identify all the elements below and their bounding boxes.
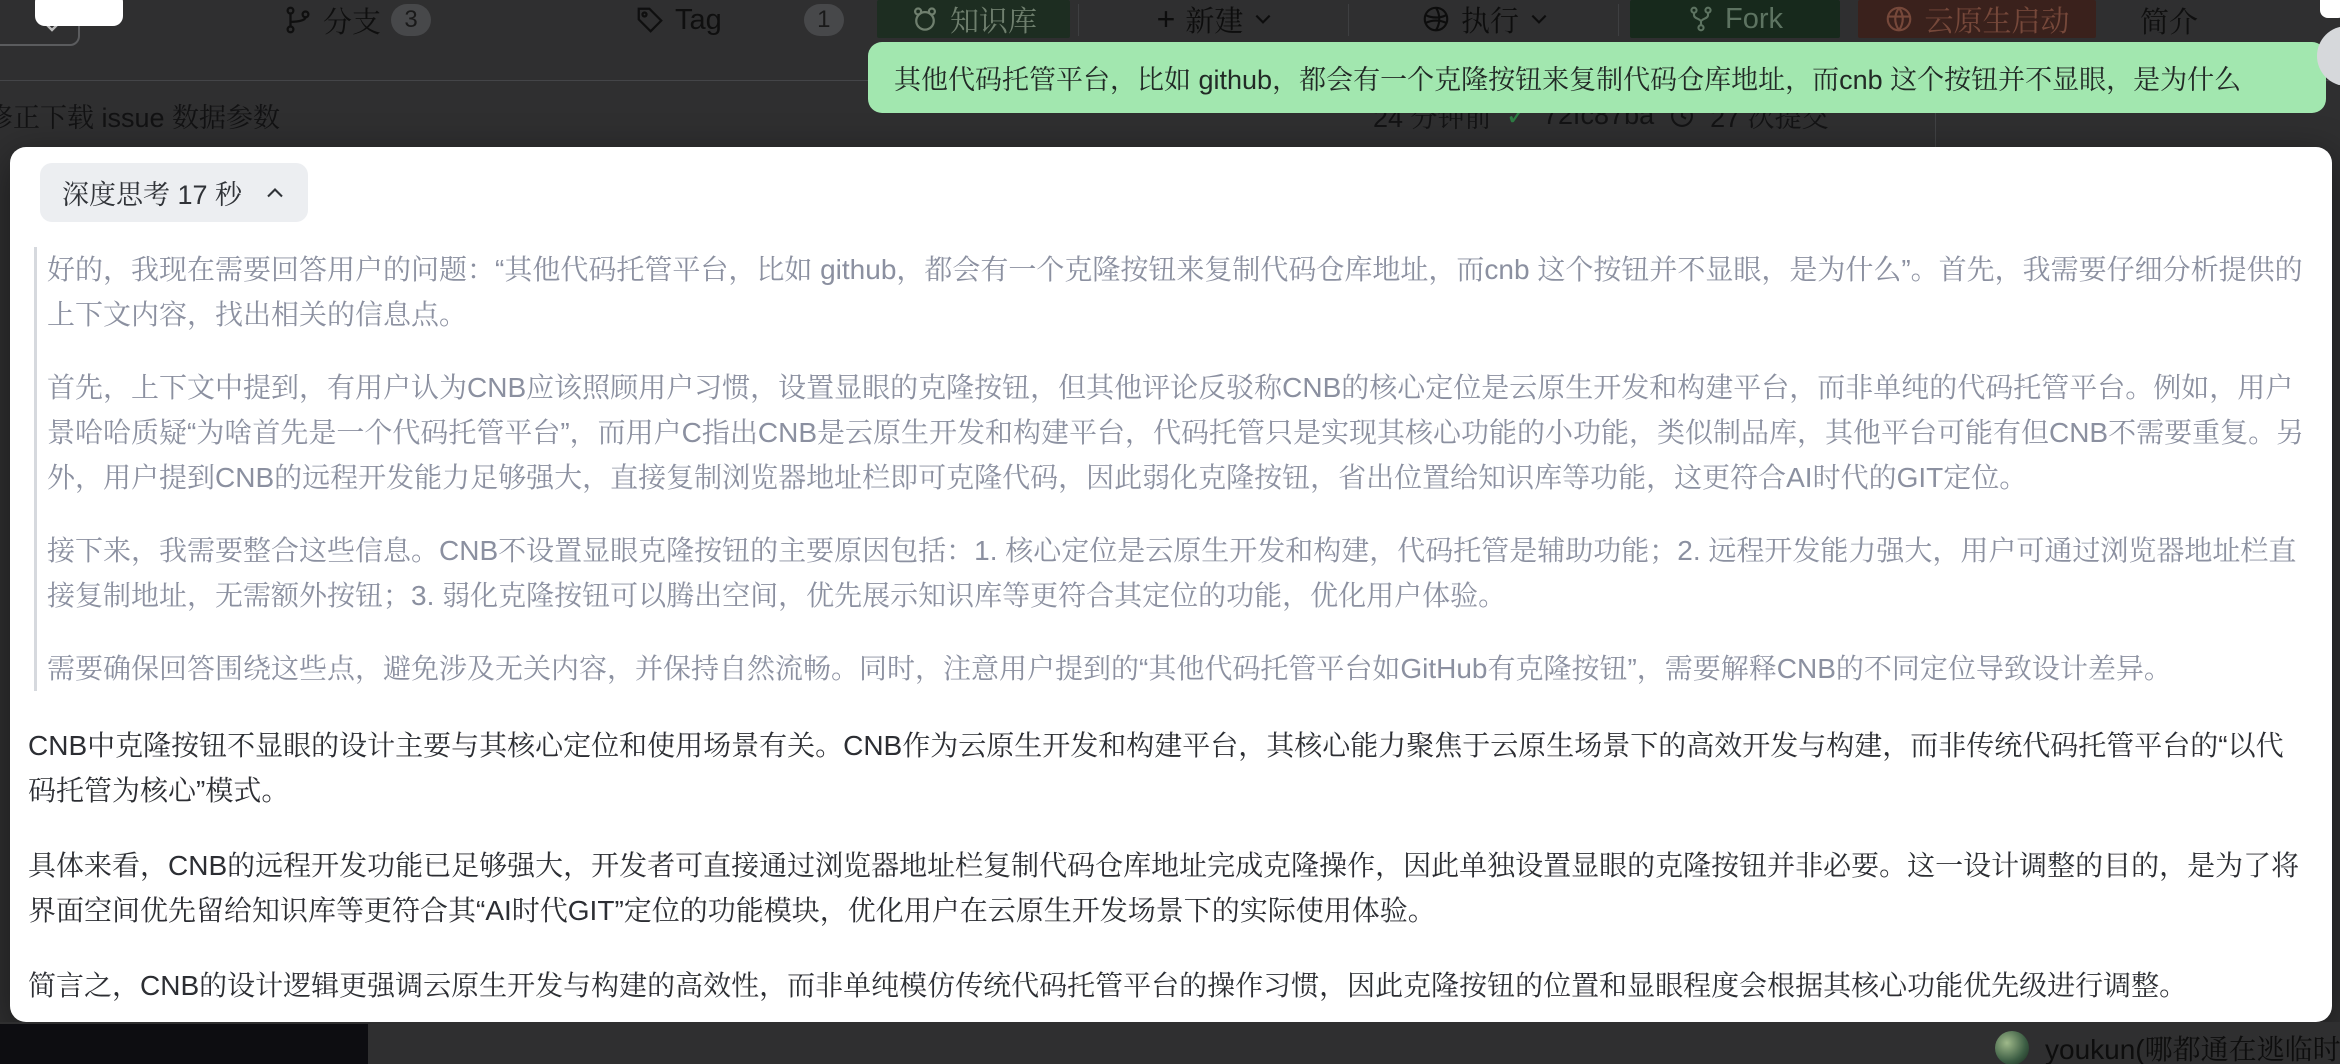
screenshot-root: 分支 3 Tag 1 知识库 + 新建 执行 (0, 0, 2340, 1064)
terminal-window[interactable] (0, 1024, 368, 1064)
knowledge-base-label: 知识库 (950, 0, 1037, 40)
fork-label: Fork (1725, 3, 1783, 36)
answer-paragraph: 具体来看，CNB的远程开发功能已足够强大，开发者可直接通过浏览器地址栏复制代码仓… (28, 843, 2300, 933)
footer-user-name: youkun(哪都通在逃临时工 (2045, 1028, 2340, 1064)
thinking-paragraph: 需要确保回答围绕这些点，避免涉及无关内容，并保持自然流畅。同时，注意用户提到的“… (47, 646, 2309, 691)
toolbar-divider (1078, 4, 1079, 36)
corner-blob (2320, 0, 2340, 18)
new-button[interactable]: + 新建 (1090, 0, 1340, 38)
knowledge-base-button[interactable]: 知识库 (877, 0, 1070, 38)
avatar (1995, 1031, 2029, 1064)
branch-count-badge: 3 (391, 4, 431, 36)
tag-icon (635, 4, 665, 36)
cloud-launch-label: 云原生启动 (1924, 0, 2069, 40)
tags-button[interactable]: Tag 1 (635, 0, 772, 40)
thinking-toggle-label: 深度思考 17 秒 (62, 173, 242, 212)
run-label: 执行 (1461, 0, 1519, 40)
intro-link[interactable]: 简介 (2140, 0, 2198, 40)
fork-button[interactable]: Fork (1630, 0, 1840, 38)
answer-block: CNB中克隆按钮不显眼的设计主要与其核心定位和使用场景有关。CNB作为云原生开发… (28, 723, 2300, 1008)
intro-label: 简介 (2140, 0, 2198, 41)
run-button[interactable]: 执行 (1360, 0, 1610, 38)
plus-icon: + (1157, 1, 1176, 38)
new-label: 新建 (1185, 0, 1243, 40)
thinking-quote-block: 好的，我现在需要回答用户的问题：“其他代码托管平台，比如 github，都会有一… (34, 247, 2309, 691)
thinking-paragraph: 首先，上下文中提到，有用户认为CNB应该照顾用户习惯，设置显眼的克隆按钮，但其他… (47, 365, 2309, 500)
fork-icon (1687, 4, 1715, 34)
dropdown-panel[interactable] (35, 0, 123, 26)
pinwheel-icon (1884, 4, 1914, 34)
branches-label: 分支 (323, 0, 381, 41)
footer-user[interactable]: youkun(哪都通在逃临时工 (1995, 1028, 2340, 1064)
commit-message[interactable]: 修正下载 issue 数据参数 (0, 96, 280, 135)
answer-paragraph: 简言之，CNB的设计逻辑更强调云原生开发与构建的高效性，而非单纯模仿传统代码托管… (28, 963, 2300, 1008)
chevron-up-icon (264, 186, 286, 200)
mascot-icon (910, 4, 940, 34)
branches-button[interactable]: 分支 3 (283, 0, 431, 40)
ai-answer-panel: 深度思考 17 秒 好的，我现在需要回答用户的问题：“其他代码托管平台，比如 g… (10, 147, 2332, 1022)
answer-paragraph: CNB中克隆按钮不显眼的设计主要与其核心定位和使用场景有关。CNB作为云原生开发… (28, 723, 2300, 813)
chevron-down-icon (1529, 12, 1549, 26)
user-question-bubble: 其他代码托管平台，比如 github，都会有一个克隆按钮来复制代码仓库地址，而c… (868, 42, 2326, 113)
commit-row-divider (1935, 108, 1936, 148)
thinking-paragraph: 接下来，我需要整合这些信息。CNB不设置显眼克隆按钮的主要原因包括：1. 核心定… (47, 528, 2309, 618)
cloud-launch-button[interactable]: 云原生启动 (1858, 0, 2096, 38)
tags-label: Tag (675, 4, 722, 37)
toolbar-divider (1618, 4, 1619, 36)
chevron-down-icon (1253, 12, 1273, 26)
thinking-paragraph: 好的，我现在需要回答用户的问题：“其他代码托管平台，比如 github，都会有一… (47, 247, 2309, 337)
branch-icon (283, 4, 313, 36)
yarn-icon (1421, 4, 1451, 34)
tag-count-badge: 1 (804, 4, 844, 36)
user-question-text: 其他代码托管平台，比如 github，都会有一个克隆按钮来复制代码仓库地址，而c… (894, 58, 2241, 97)
footer-strip: youkun(哪都通在逃临时工 (0, 1022, 2340, 1064)
thinking-toggle-button[interactable]: 深度思考 17 秒 (40, 163, 308, 222)
toolbar-divider (1348, 4, 1349, 36)
